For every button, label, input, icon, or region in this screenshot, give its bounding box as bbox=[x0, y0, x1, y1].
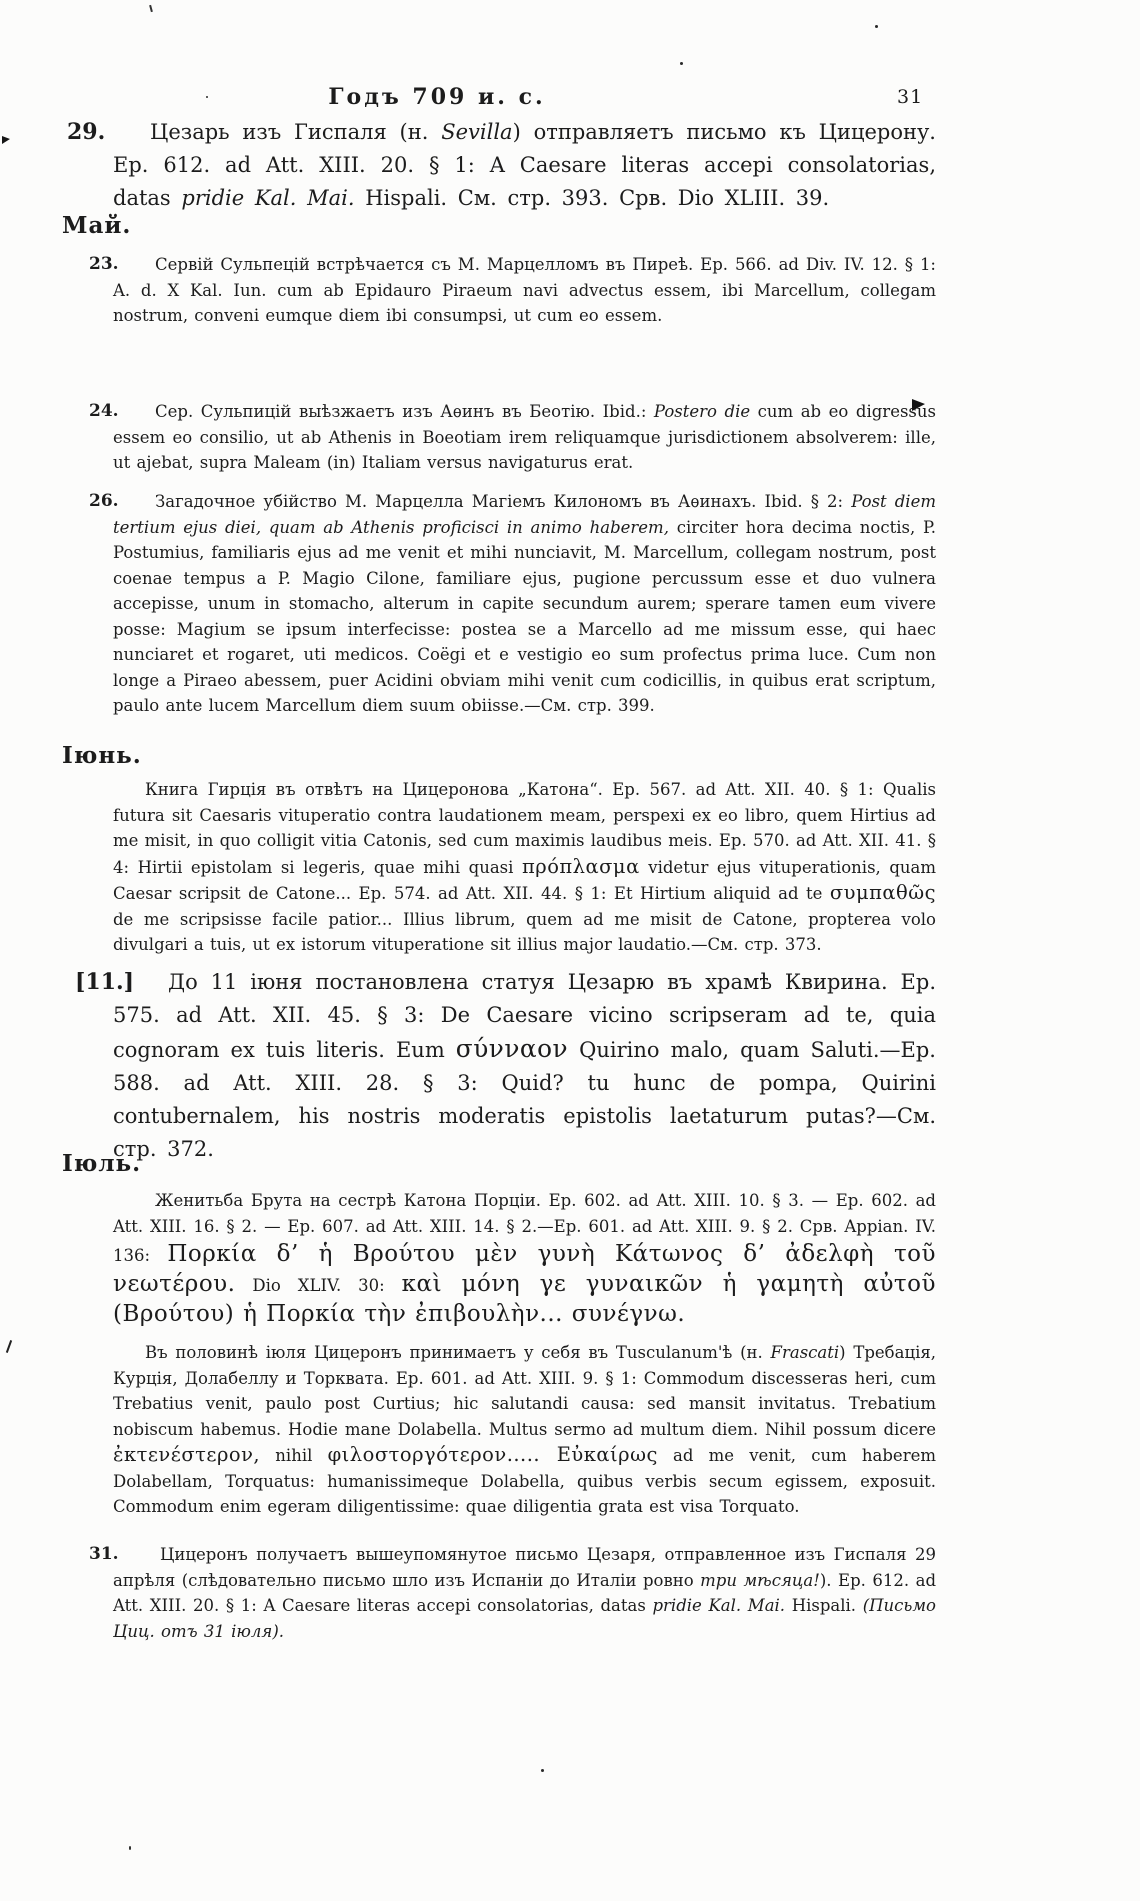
text-run: Сервій Сульпецій встрѣчается съ М. Марце… bbox=[113, 255, 936, 325]
entry-31-number: 31. bbox=[89, 1542, 119, 1568]
entry-29: 29. Цезарь изъ Гиспаля (н. Sevilla) отпр… bbox=[113, 116, 936, 215]
text-run: Въ половинѣ іюля Цицеронъ принимаетъ у с… bbox=[145, 1343, 771, 1362]
text-run: Dio XLIV. 30: bbox=[235, 1276, 401, 1295]
text-run: Загадочное убійство М. Марцелла Магіемъ … bbox=[155, 492, 851, 511]
entry-24-number: 24. bbox=[89, 399, 119, 425]
tusculanum-paragraph: Въ половинѣ іюля Цицеронъ принимаетъ у с… bbox=[113, 1340, 936, 1520]
text-run: Цезарь изъ Гиспаля (н. bbox=[150, 120, 441, 144]
scan-speck bbox=[206, 96, 208, 98]
entry-11-text: До 11 іюня постановлена статуя Цезарю въ… bbox=[113, 966, 936, 1166]
text-run: Сер. Сульпицій выѣзжаетъ изъ Аѳинъ въ Бе… bbox=[155, 402, 654, 421]
text-run: pridie Kal. Mai. bbox=[181, 186, 354, 210]
june-paragraph: Книга Гирція въ отвѣтъ на Цицеронова „Ка… bbox=[113, 777, 936, 958]
text-run: Hispali. bbox=[785, 1596, 863, 1615]
page-title: Годъ 709 и. с. bbox=[237, 84, 637, 110]
text-run: φιλοστοργότερον..... bbox=[328, 1443, 557, 1466]
month-heading-may: Май. bbox=[62, 212, 131, 239]
entry-23: 23. Сервій Сульпецій встрѣчается съ М. М… bbox=[113, 252, 936, 329]
text-run: Sevilla bbox=[441, 120, 512, 144]
entry-26-number: 26. bbox=[89, 489, 119, 515]
month-heading-june: Іюнь. bbox=[62, 742, 142, 769]
scan-speck bbox=[149, 5, 153, 12]
scan-speck bbox=[680, 62, 683, 65]
text-run: πρόπλασμα bbox=[522, 855, 640, 878]
margin-slash-mark bbox=[6, 1340, 12, 1353]
text-run: nihil bbox=[260, 1446, 327, 1465]
entry-23-number: 23. bbox=[89, 252, 119, 278]
entry-11-number: [11.] bbox=[75, 966, 134, 999]
july-paragraph: Женитьба Брута на сестрѣ Катона Порціи. … bbox=[113, 1188, 936, 1329]
entry-24-text: Сер. Сульпицій выѣзжаетъ изъ Аѳинъ въ Бе… bbox=[113, 399, 936, 476]
text-run: circiter hora decima noctis, P. Postumiu… bbox=[113, 518, 936, 716]
scan-speck bbox=[541, 1769, 544, 1772]
text-run: три мѣсяца! bbox=[700, 1571, 820, 1590]
tusculanum-paragraph-text: Въ половинѣ іюля Цицеронъ принимаетъ у с… bbox=[113, 1340, 936, 1520]
entry-11: [11.] До 11 іюня постановлена статуя Цез… bbox=[113, 966, 936, 1166]
scan-speck bbox=[129, 1846, 131, 1850]
june-paragraph-text: Книга Гирція въ отвѣтъ на Цицеронова „Ка… bbox=[113, 777, 936, 958]
text-run: ἐκτενέστερον, bbox=[113, 1443, 260, 1466]
text-run: Frascati bbox=[771, 1343, 840, 1362]
entry-29-number: 29. bbox=[67, 116, 105, 149]
entry-24: 24. Сер. Сульпицій выѣзжаетъ изъ Аѳинъ в… bbox=[113, 399, 936, 476]
entry-26-text: Загадочное убійство М. Марцелла Магіемъ … bbox=[113, 489, 936, 719]
text-run: σύνναον bbox=[456, 1034, 568, 1063]
entry-31-text: Цицеронъ получаетъ вышеупомянутое письмо… bbox=[113, 1542, 936, 1644]
entry-31: 31. Цицеронъ получаетъ вышеупомянутое пи… bbox=[113, 1542, 936, 1644]
scan-speck bbox=[875, 25, 878, 28]
page-number: 31 bbox=[897, 86, 923, 108]
margin-pointer-mark bbox=[912, 399, 925, 411]
text-run: συμπαθῶς bbox=[830, 881, 936, 904]
entry-26: 26. Загадочное убійство М. Марцелла Магі… bbox=[113, 489, 936, 719]
text-run: Hispali. См. стр. 393. Срв. Dio XLIII. 3… bbox=[355, 186, 830, 210]
margin-arrow-mark bbox=[2, 136, 10, 144]
month-heading-july: Іюль. bbox=[62, 1150, 141, 1177]
text-run: de me scripsisse facile patior... Illius… bbox=[113, 910, 936, 955]
text-run: pridie Kal. Mai. bbox=[652, 1596, 785, 1615]
entry-29-text: Цезарь изъ Гиспаля (н. Sevilla) отправля… bbox=[113, 116, 936, 215]
july-paragraph-text: Женитьба Брута на сестрѣ Катона Порціи. … bbox=[113, 1188, 936, 1329]
book-page: Годъ 709 и. с. 31 29. Цезарь изъ Гиспаля… bbox=[0, 0, 1140, 1901]
entry-23-text: Сервій Сульпецій встрѣчается съ М. Марце… bbox=[113, 252, 936, 329]
text-run: Εὐκαίρως bbox=[557, 1443, 658, 1466]
text-run: Postero die bbox=[654, 402, 750, 421]
